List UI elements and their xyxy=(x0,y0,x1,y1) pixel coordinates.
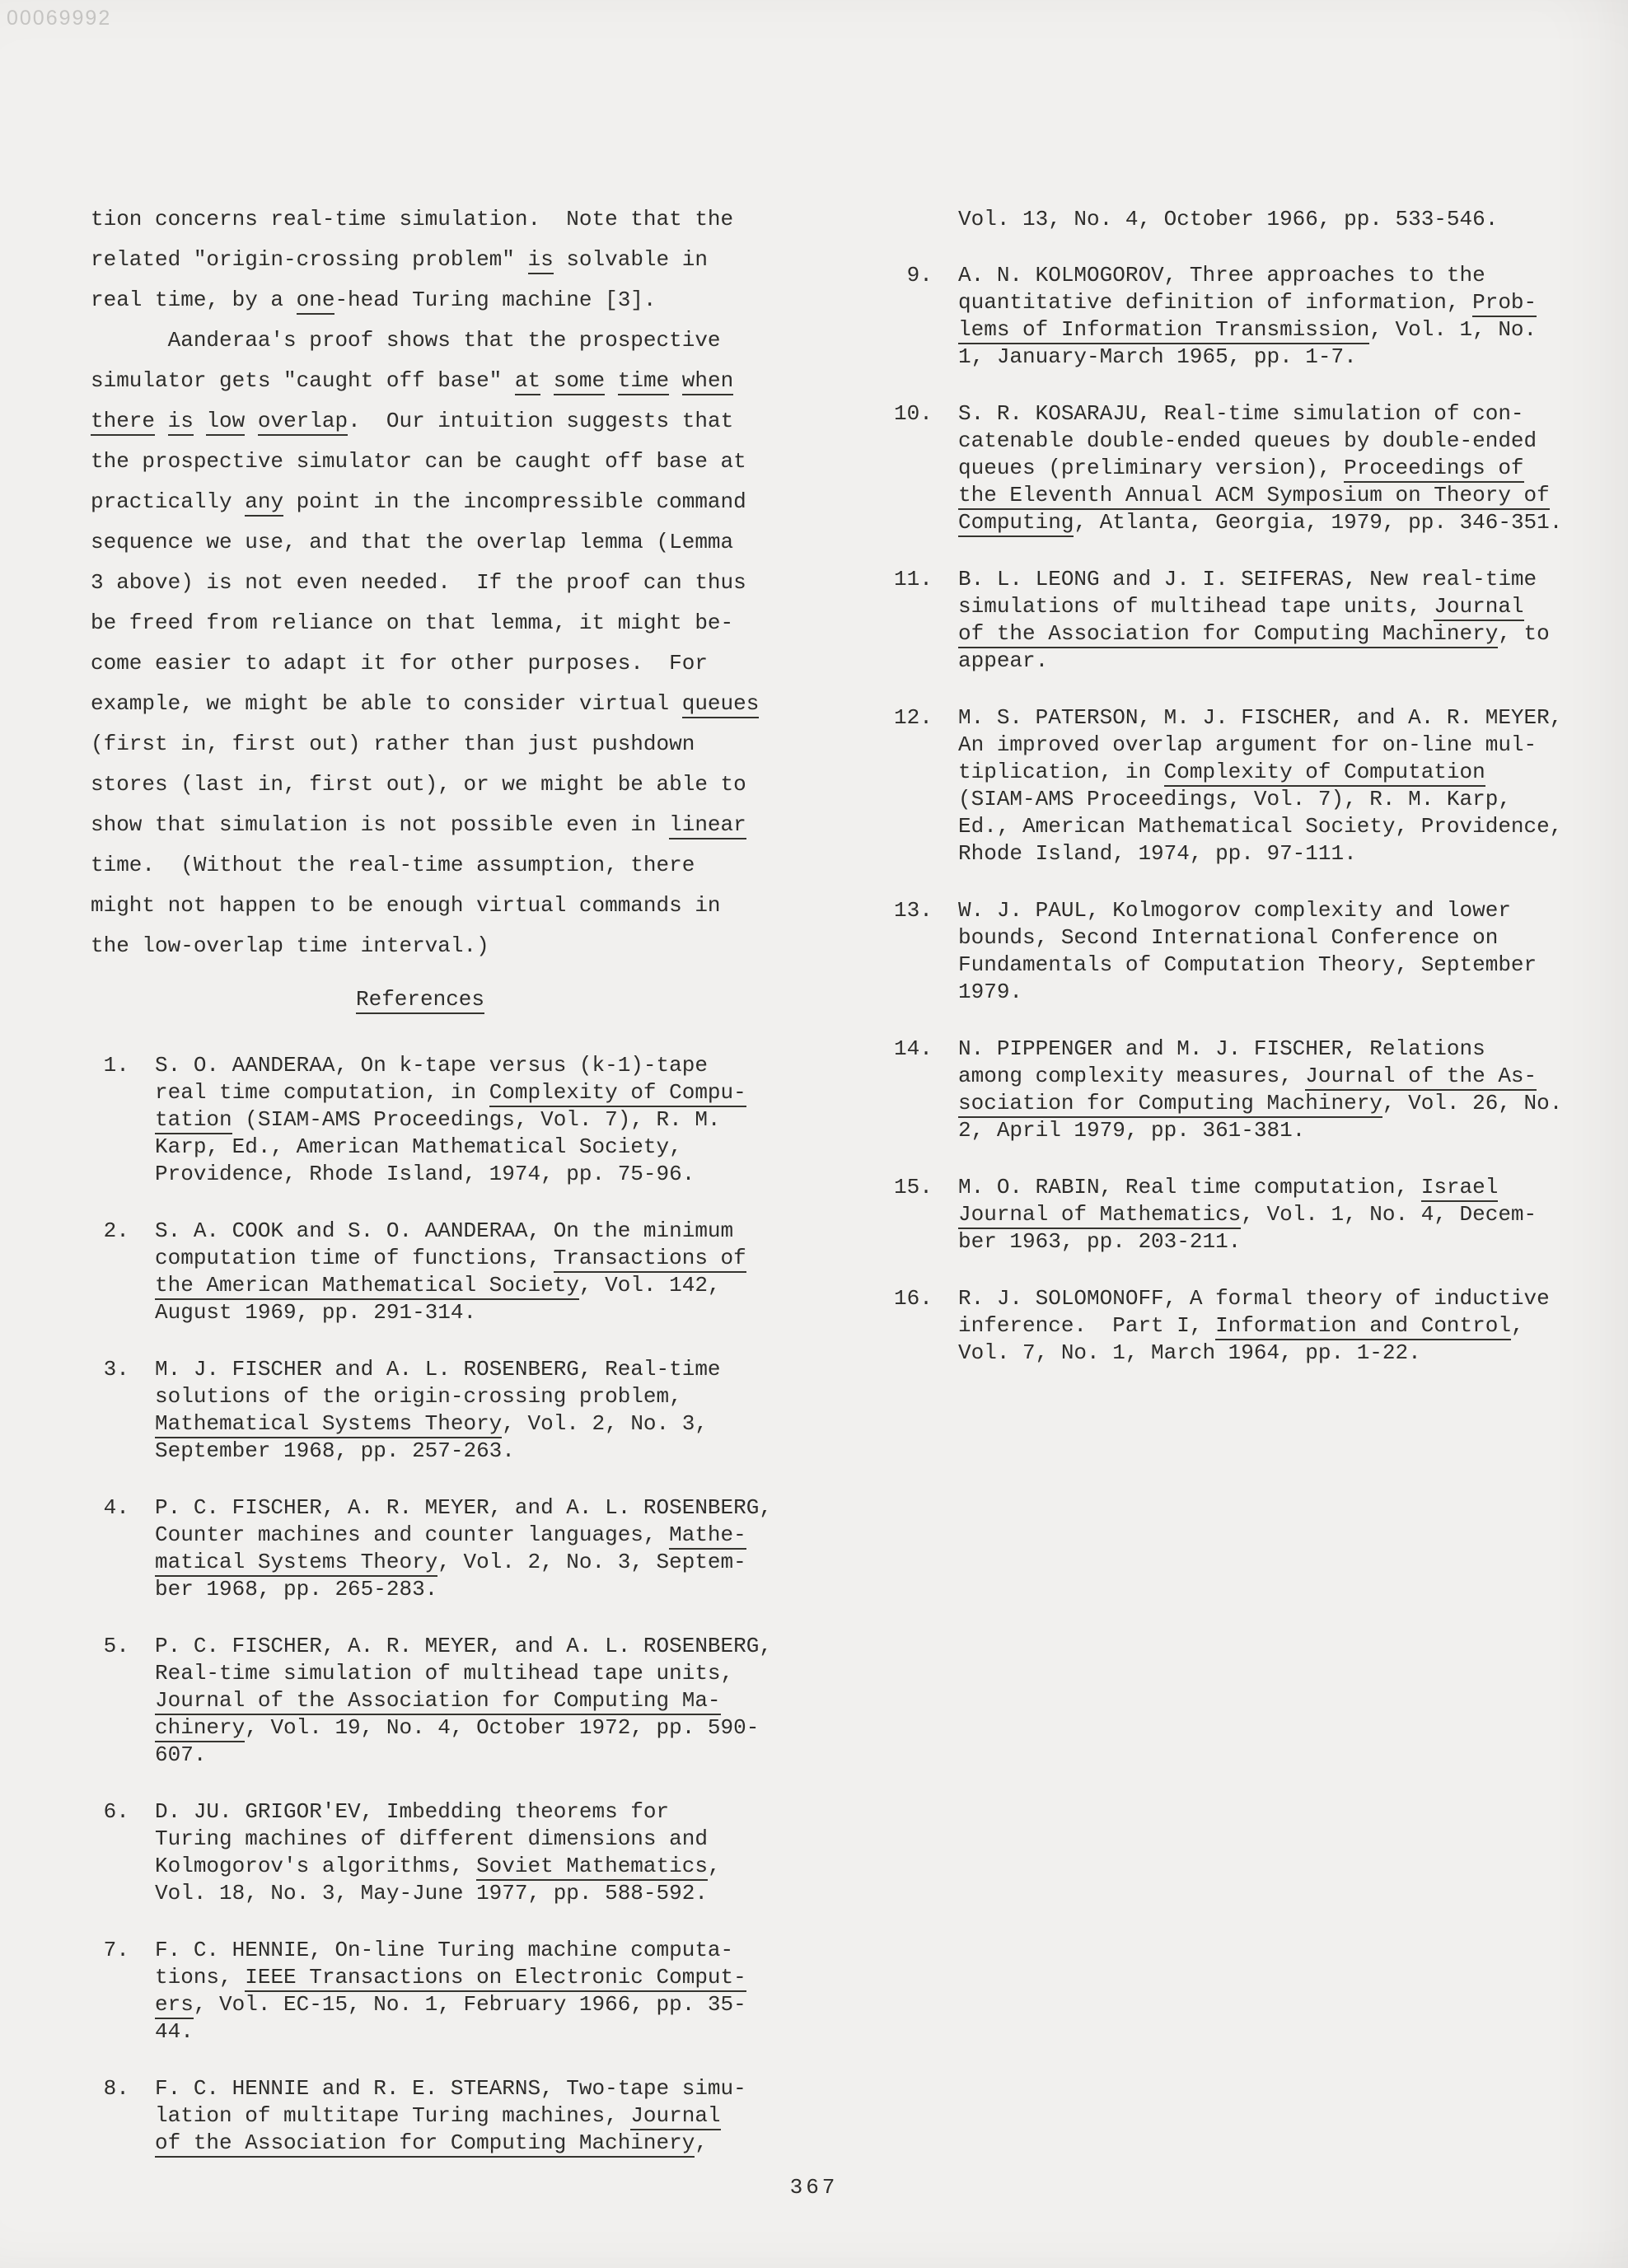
text-segment: . Our intuition suggests that xyxy=(348,409,733,433)
underlined-text: Mathematical Systems Theory xyxy=(155,1411,502,1438)
text-segment: 8. F. C. HENNIE and R. E. STEARNS, Two-t… xyxy=(91,2076,746,2101)
text-segment: example, we might be able to consider vi… xyxy=(91,691,682,716)
text-line: 8. F. C. HENNIE and R. E. STEARNS, Two-t… xyxy=(91,2075,772,2102)
text-segment: computation time of functions, xyxy=(91,1246,554,1270)
text-segment: come easier to adapt it for other purpos… xyxy=(91,651,708,676)
underlined-text: when xyxy=(682,368,733,395)
text-segment xyxy=(91,1688,155,1713)
text-line: 7. F. C. HENNIE, On-line Turing machine … xyxy=(91,1937,772,1964)
text-line: bounds, Second International Conference … xyxy=(894,924,1562,952)
text-segment: be freed from reliance on that lemma, it… xyxy=(91,610,733,635)
text-line: 6. D. JU. GRIGOR'EV, Imbedding theorems … xyxy=(91,1798,772,1826)
text-segment: real time computation, in xyxy=(91,1080,489,1105)
text-segment xyxy=(245,409,258,433)
text-line: 5. P. C. FISCHER, A. R. MEYER, and A. L.… xyxy=(91,1633,772,1660)
text-segment xyxy=(91,2130,155,2155)
reference-item: 10. S. R. KOSARAJU, Real-time simulation… xyxy=(894,400,1562,536)
text-line: Counter machines and counter languages, … xyxy=(91,1522,772,1549)
underlined-text: time xyxy=(618,368,669,395)
text-segment: 7. F. C. HENNIE, On-line Turing machine … xyxy=(91,1938,733,1962)
text-segment xyxy=(894,1202,958,1227)
text-line: An improved overlap argument for on-line… xyxy=(894,732,1562,759)
text-line: sociation for Computing Machinery, Vol. … xyxy=(894,1090,1562,1117)
text-segment: 16. R. J. SOLOMONOFF, A formal theory of… xyxy=(894,1286,1550,1311)
underlined-text: there xyxy=(91,409,155,436)
text-line: Rhode Island, 1974, pp. 97-111. xyxy=(894,840,1562,867)
text-segment: (SIAM-AMS Proceedings, Vol. 7), R. M. xyxy=(232,1107,721,1132)
text-line: matical Systems Theory, Vol. 2, No. 3, S… xyxy=(91,1549,772,1576)
text-line: real time, by a one-head Turing machine … xyxy=(91,280,759,320)
text-line: 10. S. R. KOSARAJU, Real-time simulation… xyxy=(894,400,1562,428)
text-segment: point in the incompressible command xyxy=(283,489,746,514)
text-line: inference. Part I, Information and Contr… xyxy=(894,1312,1562,1340)
text-line: 2, April 1979, pp. 361-381. xyxy=(894,1117,1562,1144)
text-segment: catenable double-ended queues by double-… xyxy=(894,428,1537,453)
text-line: solutions of the origin-crossing problem… xyxy=(91,1383,772,1410)
text-segment: the prospective simulator can be caught … xyxy=(91,449,746,474)
text-segment: Providence, Rhode Island, 1974, pp. 75-9… xyxy=(91,1162,695,1186)
text-line: might not happen to be enough virtual co… xyxy=(91,886,759,926)
underlined-text: Journal xyxy=(1434,594,1523,621)
underlined-text: Transactions of xyxy=(554,1246,746,1273)
text-segment: , Vol. 26, No. xyxy=(1382,1091,1562,1115)
text-segment: September 1968, pp. 257-263. xyxy=(91,1438,515,1463)
text-line: simulator gets "caught off base" at some… xyxy=(91,361,759,401)
text-segment: simulator gets "caught off base" xyxy=(91,368,515,393)
text-segment xyxy=(540,368,554,393)
text-line: of the Association for Computing Machine… xyxy=(894,620,1562,648)
text-segment: 607. xyxy=(91,1742,206,1767)
text-segment: 13. W. J. PAUL, Kolmogorov complexity an… xyxy=(894,898,1511,923)
text-line: the American Mathematical Society, Vol. … xyxy=(91,1272,772,1299)
text-segment: 12. M. S. PATERSON, M. J. FISCHER, and A… xyxy=(894,705,1562,730)
reference-item: 4. P. C. FISCHER, A. R. MEYER, and A. L.… xyxy=(91,1494,772,1603)
text-segment xyxy=(91,1411,155,1436)
underlined-text: matical Systems Theory xyxy=(155,1550,437,1577)
text-line: tiplication, in Complexity of Computatio… xyxy=(894,759,1562,786)
text-segment: tions, xyxy=(91,1965,245,1990)
text-segment: , xyxy=(695,2130,708,2155)
text-line: Kolmogorov's algorithms, Soviet Mathemat… xyxy=(91,1853,772,1880)
text-line: 15. M. O. RABIN, Real time computation, … xyxy=(894,1174,1562,1201)
text-line: Mathematical Systems Theory, Vol. 2, No.… xyxy=(91,1410,772,1438)
underlined-text: at xyxy=(515,368,540,395)
text-segment: ber 1963, pp. 203-211. xyxy=(894,1229,1241,1254)
text-segment: Ed., American Mathematical Society, Prov… xyxy=(894,814,1562,839)
text-line: Fundamentals of Computation Theory, Sept… xyxy=(894,952,1562,979)
underlined-text: IEEE Transactions on Electronic Comput- xyxy=(245,1965,746,1992)
text-segment: 1, January-March 1965, pp. 1-7. xyxy=(894,344,1357,369)
text-line: the prospective simulator can be caught … xyxy=(91,442,759,482)
underlined-text: is xyxy=(168,409,194,436)
text-segment: 11. B. L. LEONG and J. I. SEIFERAS, New … xyxy=(894,567,1537,592)
text-line: there is low overlap. Our intuition sugg… xyxy=(91,401,759,442)
underlined-text: is xyxy=(528,247,554,274)
text-line: 4. P. C. FISCHER, A. R. MEYER, and A. L.… xyxy=(91,1494,772,1522)
text-line: 2. S. A. COOK and S. O. AANDERAA, On the… xyxy=(91,1218,772,1245)
text-segment: Vol. 18, No. 3, May-June 1977, pp. 588-5… xyxy=(91,1881,708,1906)
text-line: Providence, Rhode Island, 1974, pp. 75-9… xyxy=(91,1161,772,1188)
underlined-text: low xyxy=(206,409,245,436)
text-segment xyxy=(91,1273,155,1298)
text-line: chinery, Vol. 19, No. 4, October 1972, p… xyxy=(91,1714,772,1742)
text-line: 44. xyxy=(91,2018,772,2046)
text-segment: 14. N. PIPPENGER and M. J. FISCHER, Rela… xyxy=(894,1036,1485,1061)
reference-continuation: Vol. 13, No. 4, October 1966, pp. 533-54… xyxy=(894,206,1498,233)
text-segment: stores (last in, first out), or we might… xyxy=(91,772,746,797)
text-segment: -head Turing machine [3]. xyxy=(334,288,656,312)
underlined-text: Information and Control xyxy=(1215,1313,1511,1340)
underlined-text: Journal of the Association for Computing… xyxy=(155,1688,721,1715)
text-segment: , Vol. 2, No. 3, xyxy=(502,1411,708,1436)
text-segment: , Vol. 19, No. 4, October 1972, pp. 590- xyxy=(245,1715,759,1740)
text-segment xyxy=(91,1715,155,1740)
text-segment: 4. P. C. FISCHER, A. R. MEYER, and A. L.… xyxy=(91,1495,772,1520)
text-segment: inference. Part I, xyxy=(894,1313,1215,1338)
text-segment: , Vol. 1, No. 4, Decem- xyxy=(1241,1202,1537,1227)
text-segment: 2, April 1979, pp. 361-381. xyxy=(894,1118,1305,1143)
text-line: Aanderaa's proof shows that the prospect… xyxy=(91,320,759,361)
text-line: queues (preliminary version), Proceeding… xyxy=(894,455,1562,482)
text-line: sequence we use, and that the overlap le… xyxy=(91,522,759,563)
text-segment: , to xyxy=(1498,621,1549,646)
text-line: related "origin-crossing problem" is sol… xyxy=(91,240,759,280)
text-segment xyxy=(894,483,958,507)
underlined-text: Journal of the As- xyxy=(1305,1064,1537,1091)
text-segment: show that simulation is not possible eve… xyxy=(91,812,669,837)
text-line: come easier to adapt it for other purpos… xyxy=(91,643,759,684)
text-line: tions, IEEE Transactions on Electronic C… xyxy=(91,1964,772,1991)
text-segment: practically xyxy=(91,489,245,514)
text-line: Vol. 18, No. 3, May-June 1977, pp. 588-5… xyxy=(91,1880,772,1907)
text-line: tion concerns real-time simulation. Note… xyxy=(91,199,759,240)
text-segment: (first in, first out) rather than just p… xyxy=(91,732,695,756)
underlined-text: tation xyxy=(155,1107,232,1134)
text-segment: quantitative definition of information, xyxy=(894,290,1472,315)
underlined-text: queues xyxy=(682,691,760,718)
text-segment: August 1969, pp. 291-314. xyxy=(91,1300,476,1325)
underlined-text: Proceedings of xyxy=(1344,456,1523,483)
text-segment xyxy=(605,368,618,393)
text-segment: time. (Without the real-time assumption,… xyxy=(91,853,695,877)
text-line: simulations of multihead tape units, Jou… xyxy=(894,593,1562,620)
text-segment: , xyxy=(708,1854,721,1878)
text-line: September 1968, pp. 257-263. xyxy=(91,1438,772,1465)
text-line: lems of Information Transmission, Vol. 1… xyxy=(894,316,1562,344)
underlined-text: the American Mathematical Society xyxy=(155,1273,579,1300)
text-segment: 1979. xyxy=(894,980,1022,1004)
text-segment: 5. P. C. FISCHER, A. R. MEYER, and A. L.… xyxy=(91,1634,772,1658)
text-line: 12. M. S. PATERSON, M. J. FISCHER, and A… xyxy=(894,704,1562,732)
page-number: 367 xyxy=(0,2175,1628,2200)
text-segment: solutions of the origin-crossing problem… xyxy=(91,1384,682,1409)
text-segment: bounds, Second International Conference … xyxy=(894,925,1498,950)
text-line: 16. R. J. SOLOMONOFF, A formal theory of… xyxy=(894,1285,1562,1312)
text-line: Journal of the Association for Computing… xyxy=(91,1687,772,1714)
underlined-text: of the Association for Computing Machine… xyxy=(958,621,1498,648)
text-segment: , xyxy=(1511,1313,1524,1338)
text-segment: tion concerns real-time simulation. Note… xyxy=(91,207,733,231)
text-line: practically any point in the incompressi… xyxy=(91,482,759,522)
reference-item: 15. M. O. RABIN, Real time computation, … xyxy=(894,1174,1562,1256)
text-segment: related "origin-crossing problem" xyxy=(91,247,528,272)
text-line: 13. W. J. PAUL, Kolmogorov complexity an… xyxy=(894,897,1562,924)
underlined-text: Journal of Mathematics xyxy=(958,1202,1241,1229)
text-line: 3 above) is not even needed. If the proo… xyxy=(91,563,759,603)
text-line: Vol. 13, No. 4, October 1966, pp. 533-54… xyxy=(894,206,1498,233)
reference-item: 11. B. L. LEONG and J. I. SEIFERAS, New … xyxy=(894,566,1562,675)
text-line: Journal of Mathematics, Vol. 1, No. 4, D… xyxy=(894,1201,1562,1228)
text-segment: Vol. 7, No. 1, March 1964, pp. 1-22. xyxy=(894,1340,1421,1365)
text-segment: real time, by a xyxy=(91,288,297,312)
references-heading-text: References xyxy=(356,987,484,1014)
text-segment: , Vol. 142, xyxy=(579,1273,721,1298)
text-segment: among complexity measures, xyxy=(894,1064,1305,1088)
reference-item: 12. M. S. PATERSON, M. J. FISCHER, and A… xyxy=(894,704,1562,867)
text-segment xyxy=(194,409,207,433)
underlined-text: Prob- xyxy=(1472,290,1537,317)
text-line: ber 1968, pp. 265-283. xyxy=(91,1576,772,1603)
text-line: 1979. xyxy=(894,979,1562,1006)
text-line: 1. S. O. AANDERAA, On k-tape versus (k-1… xyxy=(91,1052,772,1079)
underlined-text: Complexity of Computation xyxy=(1164,760,1485,787)
underlined-text: chinery xyxy=(155,1715,245,1742)
underlined-text: lems of Information Transmission xyxy=(958,317,1369,344)
underlined-text: any xyxy=(245,489,283,517)
text-segment: , Vol. 1, No. xyxy=(1369,317,1537,342)
text-segment xyxy=(894,317,958,342)
text-line: 1, January-March 1965, pp. 1-7. xyxy=(894,344,1562,371)
text-line: the low-overlap time interval.) xyxy=(91,926,759,966)
text-line: August 1969, pp. 291-314. xyxy=(91,1299,772,1326)
text-line: ers, Vol. EC-15, No. 1, February 1966, p… xyxy=(91,1991,772,2018)
underlined-text: some xyxy=(554,368,605,395)
text-segment: An improved overlap argument for on-line… xyxy=(894,732,1537,757)
text-line: lation of multitape Turing machines, Jou… xyxy=(91,2102,772,2130)
text-line: computation time of functions, Transacti… xyxy=(91,1245,772,1272)
text-segment xyxy=(91,1992,155,2017)
references-heading: References xyxy=(91,987,750,1012)
reference-item: 13. W. J. PAUL, Kolmogorov complexity an… xyxy=(894,897,1562,1006)
text-segment: sequence we use, and that the overlap le… xyxy=(91,530,733,554)
text-segment: appear. xyxy=(894,648,1048,673)
text-line: catenable double-ended queues by double-… xyxy=(894,428,1562,455)
text-segment: 2. S. A. COOK and S. O. AANDERAA, On the… xyxy=(91,1218,733,1243)
text-segment: tiplication, in xyxy=(894,760,1164,784)
text-segment: ber 1968, pp. 265-283. xyxy=(91,1577,437,1602)
text-segment: 15. M. O. RABIN, Real time computation, xyxy=(894,1175,1421,1199)
text-line: example, we might be able to consider vi… xyxy=(91,684,759,724)
text-segment xyxy=(894,1091,958,1115)
text-line: Ed., American Mathematical Society, Prov… xyxy=(894,813,1562,840)
text-segment xyxy=(91,1550,155,1574)
text-segment: 1. S. O. AANDERAA, On k-tape versus (k-1… xyxy=(91,1053,708,1078)
body-text: tion concerns real-time simulation. Note… xyxy=(91,199,759,966)
text-line: (SIAM-AMS Proceedings, Vol. 7), R. M. Ka… xyxy=(894,786,1562,813)
text-line: 14. N. PIPPENGER and M. J. FISCHER, Rela… xyxy=(894,1036,1562,1063)
text-line: among complexity measures, Journal of th… xyxy=(894,1063,1562,1090)
references-list-left: 1. S. O. AANDERAA, On k-tape versus (k-1… xyxy=(91,1052,772,2186)
text-segment: Fundamentals of Computation Theory, Sept… xyxy=(894,952,1537,977)
text-line: tation (SIAM-AMS Proceedings, Vol. 7), R… xyxy=(91,1106,772,1134)
text-line: the Eleventh Annual ACM Symposium on The… xyxy=(894,482,1562,509)
reference-item: 7. F. C. HENNIE, On-line Turing machine … xyxy=(91,1937,772,2046)
underlined-text: Mathe- xyxy=(669,1522,746,1550)
text-segment: Kolmogorov's algorithms, xyxy=(91,1854,476,1878)
text-line: quantitative definition of information, … xyxy=(894,289,1562,316)
text-line: stores (last in, first out), or we might… xyxy=(91,765,759,805)
reference-item: 9. A. N. KOLMOGOROV, Three approaches to… xyxy=(894,262,1562,371)
underlined-text: linear xyxy=(669,812,746,839)
text-segment xyxy=(155,409,168,433)
reference-item: 3. M. J. FISCHER and A. L. ROSENBERG, Re… xyxy=(91,1356,772,1465)
text-line: Vol. 7, No. 1, March 1964, pp. 1-22. xyxy=(894,1340,1562,1367)
text-segment: 9. A. N. KOLMOGOROV, Three approaches to… xyxy=(894,263,1485,288)
scan-id-stamp: 00069992 xyxy=(7,7,111,30)
text-segment: Vol. 13, No. 4, October 1966, pp. 533-54… xyxy=(894,207,1498,231)
text-line: Turing machines of different dimensions … xyxy=(91,1826,772,1853)
text-line: 11. B. L. LEONG and J. I. SEIFERAS, New … xyxy=(894,566,1562,593)
text-line: time. (Without the real-time assumption,… xyxy=(91,845,759,886)
text-segment: queues (preliminary version), xyxy=(894,456,1344,480)
underlined-text: the Eleventh Annual ACM Symposium on The… xyxy=(958,483,1550,510)
text-line: 607. xyxy=(91,1742,772,1769)
reference-item: 16. R. J. SOLOMONOFF, A formal theory of… xyxy=(894,1285,1562,1367)
scanned-paper-page: 00069992 tion concerns real-time simulat… xyxy=(0,0,1628,2268)
text-segment: Real-time simulation of multihead tape u… xyxy=(91,1661,733,1686)
underlined-text: Israel xyxy=(1421,1175,1499,1202)
reference-item: 5. P. C. FISCHER, A. R. MEYER, and A. L.… xyxy=(91,1633,772,1769)
reference-item: 2. S. A. COOK and S. O. AANDERAA, On the… xyxy=(91,1218,772,1326)
text-line: Karp, Ed., American Mathematical Society… xyxy=(91,1134,772,1161)
text-line: Computing, Atlanta, Georgia, 1979, pp. 3… xyxy=(894,509,1562,536)
underlined-text: Soviet Mathematics xyxy=(476,1854,708,1881)
text-segment xyxy=(894,621,958,646)
text-line: 9. A. N. KOLMOGOROV, Three approaches to… xyxy=(894,262,1562,289)
text-segment: , Vol. 2, No. 3, Septem- xyxy=(437,1550,746,1574)
reference-item: 6. D. JU. GRIGOR'EV, Imbedding theorems … xyxy=(91,1798,772,1907)
text-segment: the low-overlap time interval.) xyxy=(91,933,489,958)
text-line: Real-time simulation of multihead tape u… xyxy=(91,1660,772,1687)
underlined-text: overlap xyxy=(258,409,348,436)
underlined-text: sociation for Computing Machinery xyxy=(958,1091,1382,1118)
text-segment xyxy=(91,1107,155,1132)
text-segment: Counter machines and counter languages, xyxy=(91,1522,669,1547)
underlined-text: ers xyxy=(155,1992,194,2019)
text-line: show that simulation is not possible eve… xyxy=(91,805,759,845)
text-segment: 44. xyxy=(91,2019,194,2044)
underlined-text: Journal xyxy=(630,2103,720,2130)
text-segment: 10. S. R. KOSARAJU, Real-time simulation… xyxy=(894,401,1524,426)
text-line: ber 1963, pp. 203-211. xyxy=(894,1228,1562,1256)
text-segment: lation of multitape Turing machines, xyxy=(91,2103,630,2128)
text-line: be freed from reliance on that lemma, it… xyxy=(91,603,759,643)
text-segment: simulations of multihead tape units, xyxy=(894,594,1434,619)
text-line: (first in, first out) rather than just p… xyxy=(91,724,759,765)
underlined-text: one xyxy=(297,288,335,315)
text-segment: , Atlanta, Georgia, 1979, pp. 346-351. xyxy=(1074,510,1562,535)
text-segment: Aanderaa's proof shows that the prospect… xyxy=(91,328,721,353)
text-line: real time computation, in Complexity of … xyxy=(91,1079,772,1106)
text-line: 3. M. J. FISCHER and A. L. ROSENBERG, Re… xyxy=(91,1356,772,1383)
reference-item: 1. S. O. AANDERAA, On k-tape versus (k-1… xyxy=(91,1052,772,1188)
references-list-right: 9. A. N. KOLMOGOROV, Three approaches to… xyxy=(894,262,1562,1396)
text-segment: 6. D. JU. GRIGOR'EV, Imbedding theorems … xyxy=(91,1799,669,1824)
text-segment: might not happen to be enough virtual co… xyxy=(91,893,721,918)
underlined-text: Complexity of Compu- xyxy=(489,1080,746,1107)
text-segment: solvable in xyxy=(554,247,708,272)
reference-item: 14. N. PIPPENGER and M. J. FISCHER, Rela… xyxy=(894,1036,1562,1144)
text-segment: Turing machines of different dimensions … xyxy=(91,1826,708,1851)
text-segment: Karp, Ed., American Mathematical Society… xyxy=(91,1134,682,1159)
text-line: appear. xyxy=(894,648,1562,675)
underlined-text: of the Association for Computing Machine… xyxy=(155,2130,695,2158)
text-segment: , Vol. EC-15, No. 1, February 1966, pp. … xyxy=(194,1992,746,2017)
text-segment: 3. M. J. FISCHER and A. L. ROSENBERG, Re… xyxy=(91,1357,721,1382)
text-segment xyxy=(894,510,958,535)
text-line: of the Association for Computing Machine… xyxy=(91,2130,772,2157)
reference-item: 8. F. C. HENNIE and R. E. STEARNS, Two-t… xyxy=(91,2075,772,2157)
text-segment: (SIAM-AMS Proceedings, Vol. 7), R. M. Ka… xyxy=(894,787,1511,811)
text-segment: Rhode Island, 1974, pp. 97-111. xyxy=(894,841,1357,866)
text-segment: 3 above) is not even needed. If the proo… xyxy=(91,570,746,595)
text-segment xyxy=(669,368,682,393)
underlined-text: Computing xyxy=(958,510,1074,537)
